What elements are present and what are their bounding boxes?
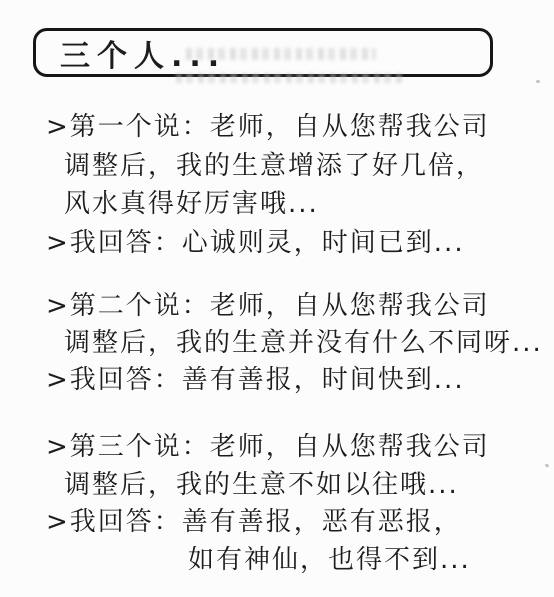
scan-speck	[536, 80, 540, 83]
dialogue1-reply-line1: >我回答：心诚则灵，时间已到...	[46, 227, 465, 260]
dialogue1-statement-line2: 调整后，我的生意增添了好几倍，	[64, 150, 484, 183]
scan-speck	[545, 463, 550, 468]
dialogue3-statement-line2: 调整后，我的生意不如以往哦...	[64, 469, 459, 502]
show-through-text-smudge	[186, 48, 376, 60]
show-through-text-smudge	[176, 73, 404, 83]
dialogue2-statement-line2: 调整后，我的生意并没有什么不同呀...	[64, 327, 543, 360]
dialogue3-statement-line1: >第三个说：老师，自从您帮我公司	[46, 431, 490, 464]
scanned-document-page: 三个人... >第一个说：老师，自从您帮我公司 调整后，我的生意增添了好几倍， …	[0, 0, 554, 597]
dialogue2-reply-line1: >我回答：善有善报，时间快到...	[46, 364, 465, 397]
dialogue3-reply-line2: 如有神仙，也得不到...	[188, 544, 471, 577]
dialogue3-reply-line1: >我回答：善有善报，恶有恶报，	[46, 506, 462, 539]
dialogue1-statement-line1: >第一个说：老师，自从您帮我公司	[46, 111, 490, 144]
dialogue1-statement-line3: 风水真得好厉害哦...	[64, 188, 319, 221]
dialogue2-statement-line1: >第二个说：老师，自从您帮我公司	[46, 290, 490, 323]
